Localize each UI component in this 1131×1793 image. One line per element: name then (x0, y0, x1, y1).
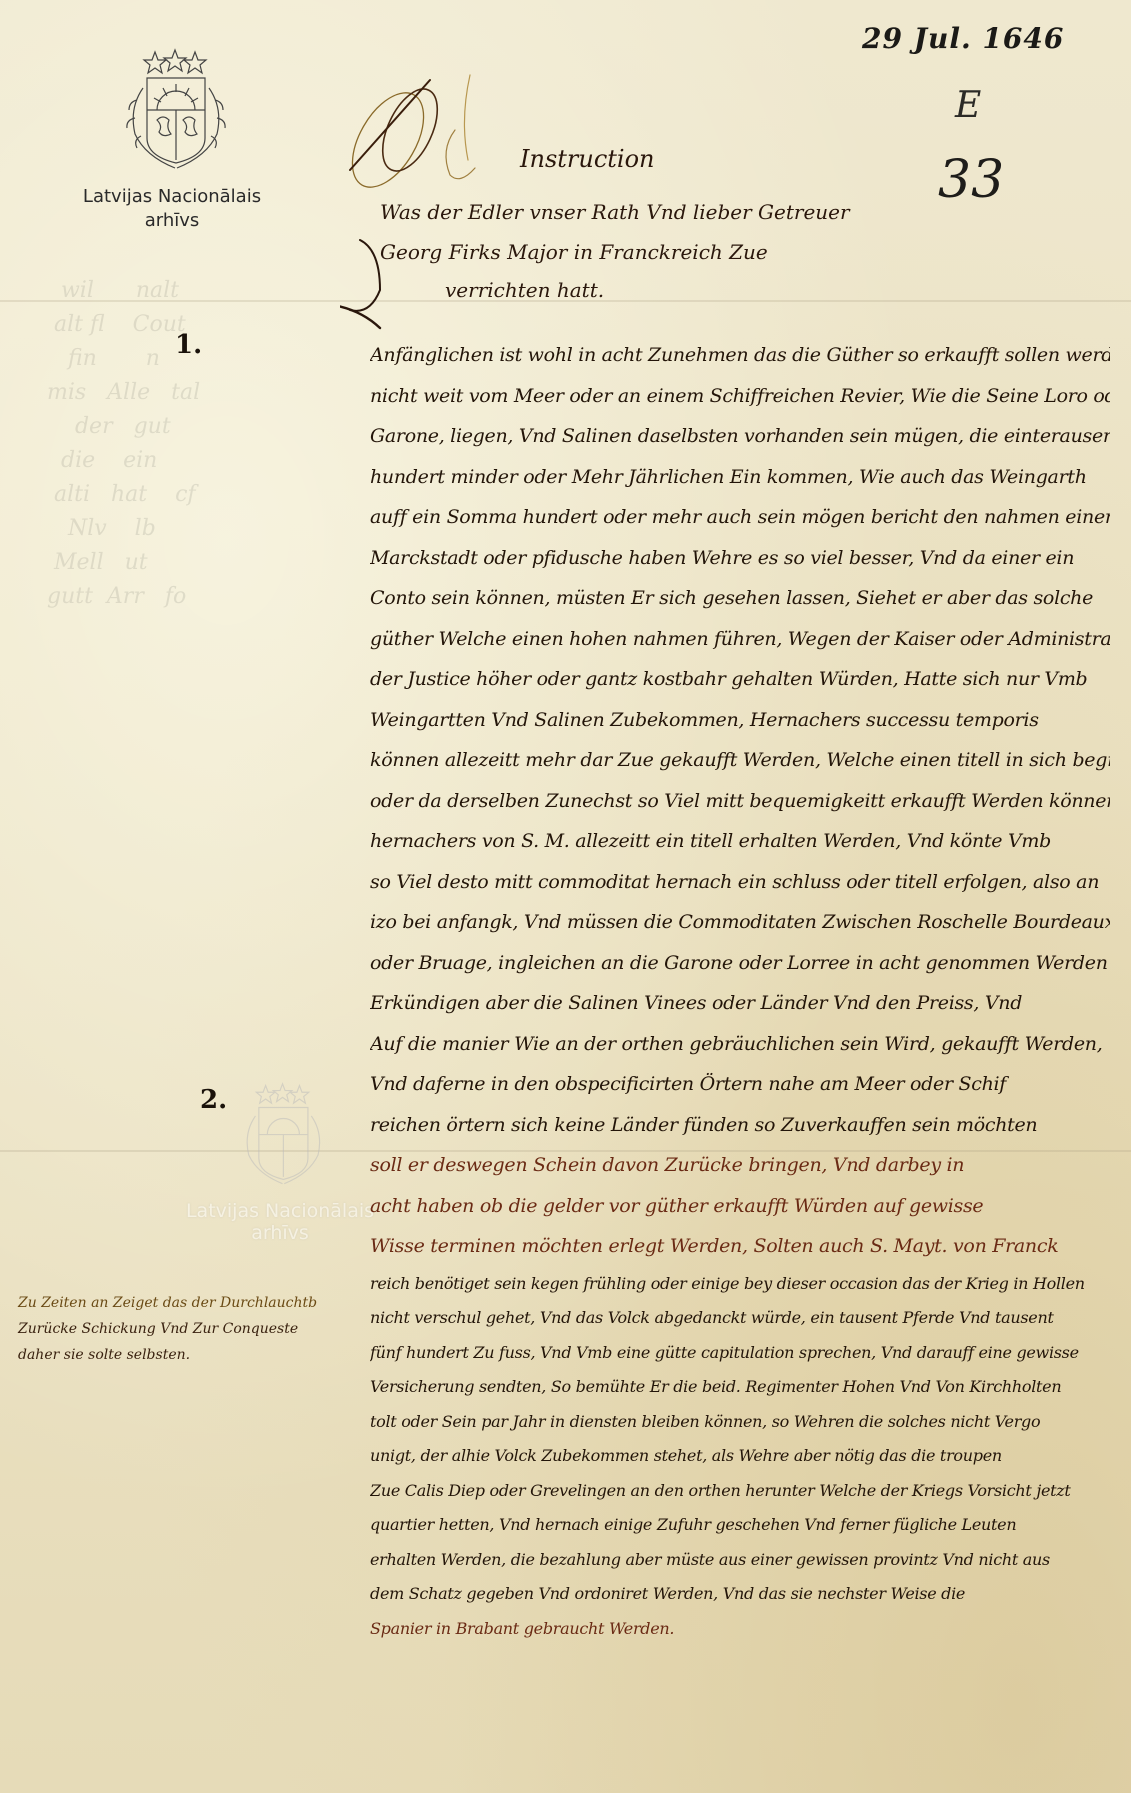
manuscript-line: nicht verschul gehet, Vnd das Volck abge… (370, 1301, 1110, 1336)
manuscript-line: Zue Calis Diep oder Grevelingen an den o… (370, 1474, 1110, 1509)
manuscript-line: Vnd daferne in den obspecificirten Örter… (370, 1064, 1110, 1105)
margin-note-line: daher sie solte selbsten. (18, 1342, 358, 1368)
manuscript-line: güther Welche einen hohen nahmen führen,… (370, 619, 1110, 660)
section-number: 2. (200, 1085, 227, 1115)
manuscript-line: Weingartten Vnd Salinen Zubekommen, Hern… (370, 700, 1110, 741)
archive-name: Latvijas Nacionālais (52, 185, 292, 209)
manuscript-line: der Justice höher oder gantz kostbahr ge… (370, 659, 1110, 700)
margin-note-line: Zurücke Schickung Vnd Zur Conqueste (18, 1316, 358, 1342)
archive-name-line2: arhīvs (52, 209, 292, 233)
latvian-coat-of-arms-icon (107, 48, 237, 173)
manuscript-line: Conto sein können, müsten Er sich gesehe… (370, 578, 1110, 619)
manuscript-line: acht haben ob die gelder vor güther erka… (370, 1186, 1110, 1227)
manuscript-line: auff ein Somma hundert oder mehr auch se… (370, 497, 1110, 538)
manuscript-line: soll er deswegen Schein davon Zurücke br… (370, 1145, 1110, 1186)
manuscript-line: oder Bruage, ingleichen an die Garone od… (370, 943, 1110, 984)
manuscript-line: Anfänglichen ist wohl in acht Zunehmen d… (370, 335, 1110, 376)
manuscript-line: hundert minder oder Mehr Jährlichen Ein … (370, 457, 1110, 498)
address-line: Georg Firks Major in Franckreich Zue (380, 240, 768, 264)
manuscript-line: Garone, liegen, Vnd Salinen daselbsten v… (370, 416, 1110, 457)
manuscript-line: Wisse terminen möchten erlegt Werden, So… (370, 1226, 1110, 1267)
manuscript-line: erhalten Werden, die bezahlung aber müst… (370, 1543, 1110, 1578)
address-line: Was der Edler vnser Rath Vnd lieber Getr… (380, 200, 850, 224)
manuscript-line: Spanier in Brabant gebraucht Werden. (370, 1612, 1110, 1647)
manuscript-line: Versicherung sendten, So bemühte Er die … (370, 1370, 1110, 1405)
manuscript-line: nicht weit vom Meer oder an einem Schiff… (370, 376, 1110, 417)
document-title: Instruction (520, 145, 655, 173)
manuscript-line: unigt, der alhie Volck Zubekommen stehet… (370, 1439, 1110, 1474)
manuscript-line: so Viel desto mitt commoditat hernach ei… (370, 862, 1110, 903)
manuscript-line: können allezeitt mehr dar Zue gekaufft W… (370, 740, 1110, 781)
margin-note-line: Zu Zeiten an Zeiget das der Durchlauchtb (18, 1290, 358, 1316)
archival-number: 33 (938, 150, 1004, 210)
archive-logo: Latvijas Nacionālais arhīvs (52, 48, 292, 233)
manuscript-body: Anfänglichen ist wohl in acht Zunehmen d… (370, 335, 1110, 1646)
archival-date: 29 Jul. 1646 (862, 22, 1064, 55)
manuscript-line: fünf hundert Zu fuss, Vnd Vmb eine gütte… (370, 1336, 1110, 1371)
manuscript-line: tolt oder Sein par Jahr in diensten blei… (370, 1405, 1110, 1440)
manuscript-line: reich benötiget sein kegen frühling oder… (370, 1267, 1110, 1302)
address-line: verrichten hatt. (445, 278, 604, 302)
manuscript-line: Auf die manier Wie an der orthen gebräuc… (370, 1024, 1110, 1065)
watermark-coat-of-arms-icon (225, 1080, 335, 1190)
manuscript-line: dem Schatz gegeben Vnd ordoniret Werden,… (370, 1577, 1110, 1612)
manuscript-line: oder da derselben Zunechst so Viel mitt … (370, 781, 1110, 822)
manuscript-line: Erkündigen aber die Salinen Vinees oder … (370, 983, 1110, 1024)
manuscript-line: Marckstadt oder pfidusche haben Wehre es… (370, 538, 1110, 579)
manuscript-line: quartier hetten, Vnd hernach einige Zufu… (370, 1508, 1110, 1543)
manuscript-line: izo bei anfangk, Vnd müssen die Commodit… (370, 902, 1110, 943)
manuscript-line: reichen örtern sich keine Länder fünden … (370, 1105, 1110, 1146)
margin-note: Zu Zeiten an Zeiget das der Durchlauchtb… (18, 1290, 358, 1368)
manuscript-line: hernachers von S. M. allezeitt ein titel… (370, 821, 1110, 862)
archival-mark: E (955, 85, 981, 126)
section-number: 1. (175, 330, 202, 360)
